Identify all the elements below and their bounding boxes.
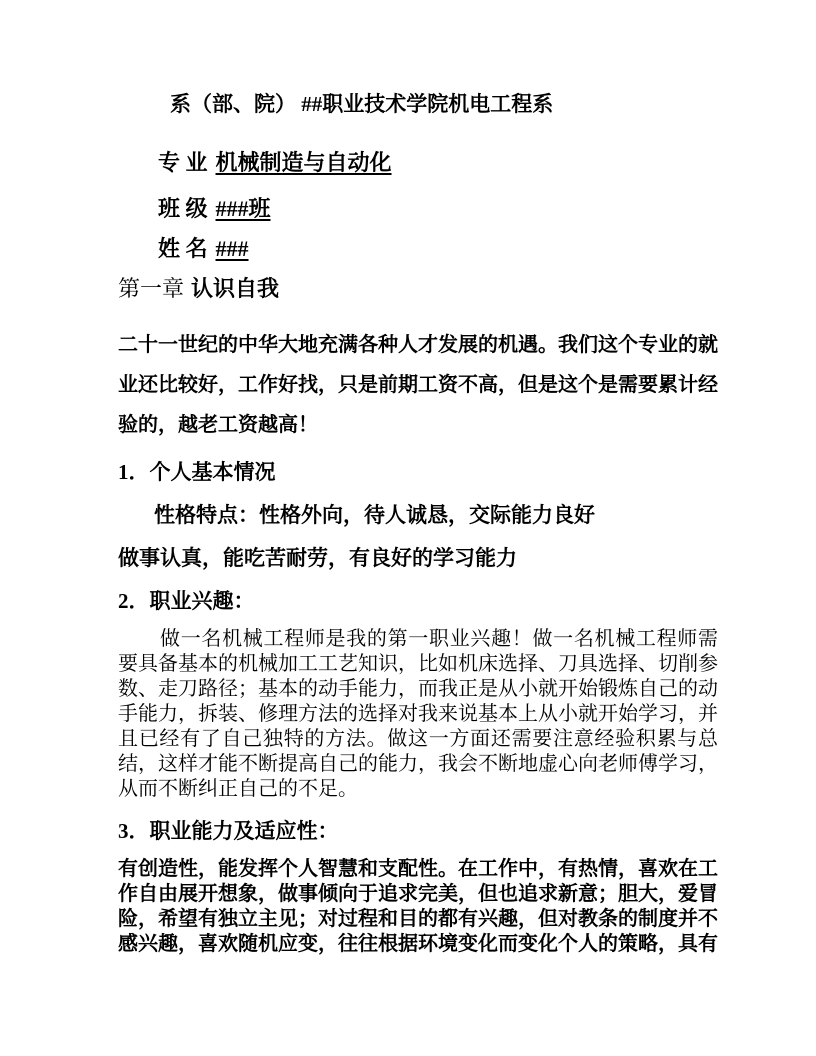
personality-traits-line: 性格特点：性格外向，待人诚恳，交际能力良好 [118,502,718,528]
field-class-label: 班 级 [158,196,208,221]
field-name: 姓 名### [118,235,718,262]
chapter-heading: 第一章认识自我 [118,275,718,302]
career-interest-paragraph: 做一名机械工程师是我的第一职业兴趣！做一名机械工程师需要具备基本的机械加工工艺知… [118,627,718,802]
chapter-title: 认识自我 [191,276,279,301]
intro-paragraph: 二十一世纪的中华大地充满各种人才发展的机遇。我们这个专业的就业还比较好，工作好找… [118,325,718,445]
department-line: 系（部、院） ##职业技术学院机电工程系 [118,91,718,117]
document-page: 系（部、院） ##职业技术学院机电工程系 专 业机械制造与自动化 班 级###班… [0,0,816,1056]
field-major: 专 业机械制造与自动化 [118,149,718,176]
field-class: 班 级###班 [118,195,718,222]
section-1-heading: 1．个人基本情况 [118,459,718,485]
field-major-label: 专 业 [158,150,208,175]
chapter-number: 第一章 [118,276,184,301]
field-name-value: ### [216,236,249,261]
field-class-value: ###班 [216,196,271,221]
field-major-value: 机械制造与自动化 [216,150,392,175]
work-attitude-line: 做事认真，能吃苦耐劳，有良好的学习能力 [118,545,718,571]
field-name-label: 姓 名 [158,236,208,261]
section-2-heading: 2．职业兴趣： [118,588,718,614]
section-3-heading: 3．职业能力及适应性： [118,818,718,844]
career-ability-paragraph: 有创造性，能发挥个人智慧和支配性。在工作中，有热情，喜欢在工作自由展开想象，做事… [118,857,718,957]
